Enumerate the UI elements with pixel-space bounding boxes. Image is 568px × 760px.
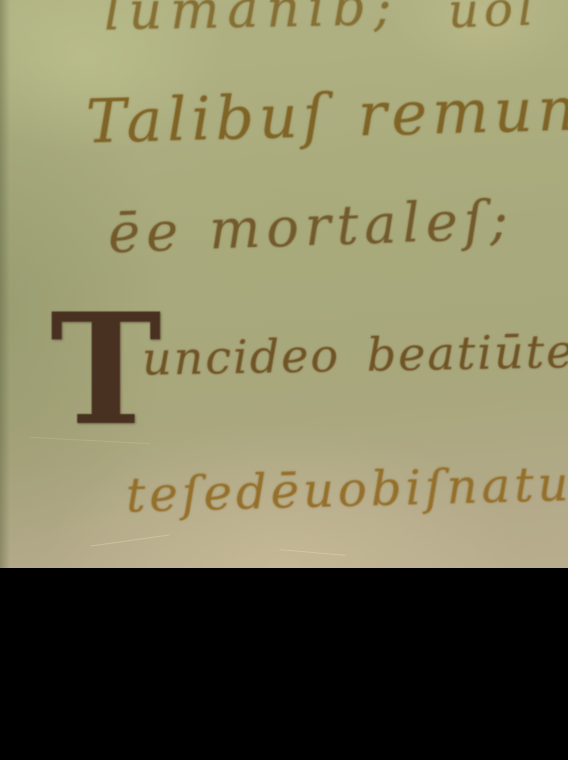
text-line-3: ēe mortaleſ; (107, 193, 515, 261)
manuscript-photo: lumanib; uol Talibuſ remun ēe mortaleſ; … (0, 0, 568, 760)
page-gutter-shadow (0, 0, 10, 568)
vellum-scratch (90, 534, 169, 546)
text-line-1: lumanib; (104, 0, 400, 39)
parchment-page: lumanib; uol Talibuſ remun ēe mortaleſ; … (0, 0, 568, 568)
text-line-2: Talibuſ remun (85, 80, 568, 153)
vellum-scratch (280, 549, 346, 556)
text-line-5: teſedēuobiſnatu (125, 460, 568, 520)
black-letterbox (0, 568, 568, 760)
text-line-1-continuation: uol (447, 0, 539, 36)
text-line-4: uncideo beatiūte (142, 328, 568, 382)
